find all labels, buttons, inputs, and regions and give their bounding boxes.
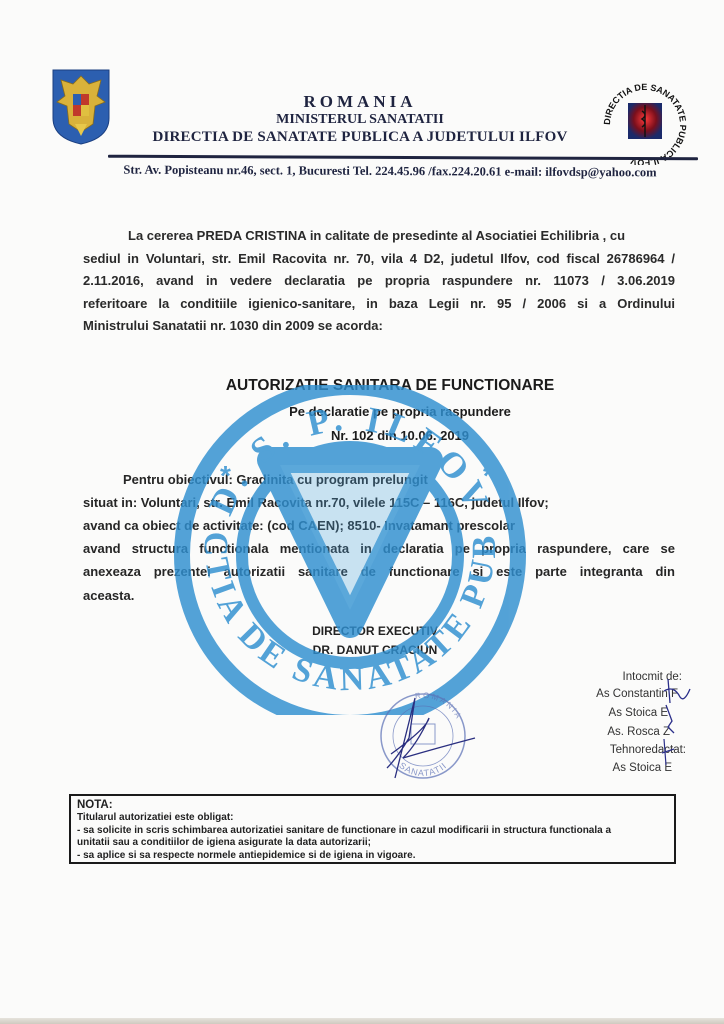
prepared-by-label: Intocmit de: [560,671,682,683]
nota-box: NOTA: Titularul autorizatiei este obliga… [69,794,676,864]
dsp-ilfov-logo-icon: DIRECTIA DE SANATATE PUBLICA ILFOV [590,75,700,165]
director-name: DR. DANUT CRACIUN [280,643,470,657]
coat-of-arms-icon [49,66,113,146]
page-edge [0,1018,724,1024]
nota-item: - sa aplice si sa respecte normele antie… [77,850,668,863]
structure-line: anexeaza prezentei autorizatii sanitare … [83,564,675,579]
intro-line: sediul in Voluntari, str. Emil Racovita … [83,248,675,271]
svg-text:ROMANIA: ROMANIA [415,691,464,722]
intro-paragraph: La cererea PREDA CRISTINA in calitate de… [83,225,675,338]
nota-item: - sa solicite in scris schimbarea autori… [77,825,668,838]
header-directorate: DIRECTIA DE SANATATE PUBLICA A JUDETULUI… [130,128,590,146]
svg-text:SANATATII: SANATATII [397,760,448,778]
nota-item: unitatii sau a conditiilor de igiena asi… [77,837,668,850]
nota-intro: Titularul autorizatiei este obligat: [77,812,668,825]
structure-line: aceasta. [83,588,675,603]
preparer: As Constantin F [560,688,678,700]
header-address: Str. Av. Popisteanu nr.46, sect. 1, Bucu… [90,162,690,180]
director-role: DIRECTOR EXECUTIV [280,624,470,638]
intro-line: Ministrului Sanatatii nr. 1030 din 2009 … [83,315,675,338]
preparer: As Stoica E [560,707,668,719]
header-ministry: MINISTERUL SANATATII [130,112,590,128]
location-line: situat in: Voluntari, str. Emil Racovita… [83,495,675,510]
intro-line: referitoare la conditiile igienico-sanit… [83,293,675,316]
structure-line: avand structura functionala mentionata i… [83,541,675,556]
round-seal-icon: ROMANIA SANATATII [367,688,477,780]
preparer: As. Rosca Z [560,726,670,738]
authorization-subtitle: Pe declaratie pe propria raspundere [220,404,580,419]
typed-by-label: Tehnoredactat: [560,744,686,756]
authorization-number: Nr. 102 din 10.06. 2019 [220,428,580,443]
activity-line: avand ca obiect de activitate: (cod CAEN… [83,518,675,533]
objective-line: Pentru obiectivul: Gradinita cu program … [83,472,675,487]
header-country: ROMANIA [130,92,590,112]
letterhead: ROMANIA MINISTERUL SANATATII DIRECTIA DE… [130,92,590,146]
authorization-title: AUTORIZATIE SANITARA DE FUNCTIONARE [160,377,620,395]
nota-title: NOTA: [77,799,668,812]
intro-line: 2.11.2016, avand in vedere declaratia pe… [83,270,675,293]
intro-line: La cererea PREDA CRISTINA in calitate de… [83,225,675,248]
typed-by: As Stoica E [560,762,672,774]
